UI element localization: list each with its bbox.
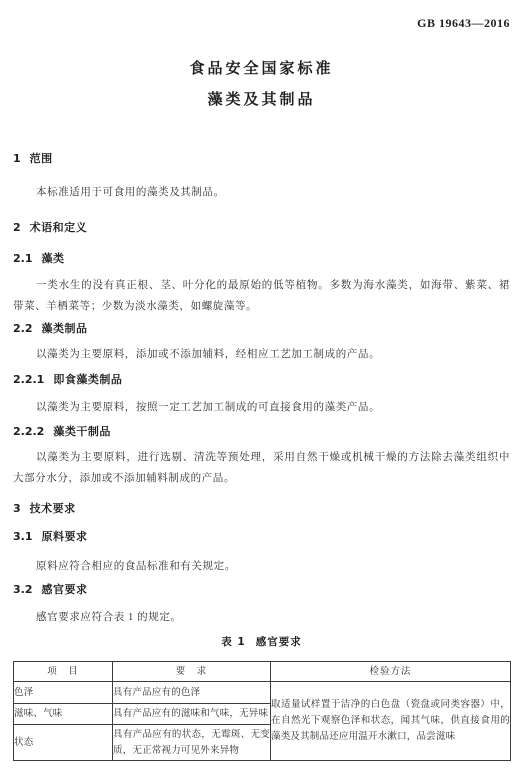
section-2-2-2-paragraph: 以藻类为主要原料，进行选剔、清洗等预处理，采用自然干燥或机械干燥的方法除去藻类组…: [13, 447, 510, 489]
sensory-requirements-table: 项 目 要 求 检验方法 色泽 具有产品应有的色泽 取适量试样置于洁净的白色盘（…: [13, 661, 511, 761]
column-header-method: 检验方法: [271, 662, 511, 682]
section-3-2-paragraph: 感官要求应符合表 1 的规定。: [13, 607, 510, 628]
requirement-cell: 具有产品应有的状态，无霉斑、无变质，无正常视力可见外来异物: [113, 725, 271, 761]
section-number: 2.1: [13, 253, 33, 265]
section-title: 藻类: [42, 252, 65, 265]
section-number: 3.2: [13, 584, 33, 596]
table-row: 色泽 具有产品应有的色泽 取适量试样置于洁净的白色盘（瓷盘或同类容器）中，在自然…: [14, 682, 511, 704]
column-header-item: 项 目: [14, 662, 113, 682]
section-number: 2: [13, 222, 21, 234]
table-caption-title: 感官要求: [256, 636, 302, 648]
column-header-requirement: 要 求: [113, 662, 271, 682]
section-title: 藻类制品: [42, 322, 88, 335]
section-2-2-1-paragraph: 以藻类为主要原料，按照一定工艺加工制成的可直接食用的藻类产品。: [13, 397, 510, 418]
section-title: 技术要求: [30, 502, 76, 515]
section-number: 3.1: [13, 531, 33, 543]
requirement-cell: 具有产品应有的滋味和气味，无异味: [113, 704, 271, 725]
section-title: 原料要求: [42, 530, 88, 543]
section-number: 2.2.1: [13, 374, 44, 386]
section-1-paragraph: 本标准适用于可食用的藻类及其制品。: [13, 182, 510, 203]
document-title-line2: 藻类及其制品: [13, 91, 510, 108]
section-title: 藻类干制品: [53, 425, 111, 438]
section-2-1-paragraph: 一类水生的没有真正根、茎、叶分化的最原始的低等植物。多数为海水藻类，如海带、紫菜…: [13, 275, 510, 317]
section-number: 1: [13, 153, 21, 165]
section-heading-2: 2术语和定义: [13, 222, 510, 234]
section-heading-3-2: 3.2感官要求: [13, 584, 510, 596]
section-heading-3: 3技术要求: [13, 503, 510, 515]
section-heading-3-1: 3.1原料要求: [13, 531, 510, 543]
item-cell: 滋味、气味: [14, 704, 113, 725]
section-heading-2-2: 2.2藻类制品: [13, 323, 510, 335]
section-heading-2-2-2: 2.2.2藻类干制品: [13, 426, 510, 438]
section-2-2-paragraph: 以藻类为主要原料，添加或不添加辅料，经相应工艺加工制成的产品。: [13, 344, 510, 365]
section-title: 范围: [30, 152, 53, 165]
section-heading-1: 1范围: [13, 153, 510, 165]
section-heading-2-2-1: 2.2.1即食藻类制品: [13, 374, 510, 386]
table-header-row: 项 目 要 求 检验方法: [14, 662, 511, 682]
section-number: 3: [13, 503, 21, 515]
document-page: GB 19643—2016 食品安全国家标准 藻类及其制品 1范围 本标准适用于…: [0, 0, 529, 773]
requirement-cell: 具有产品应有的色泽: [113, 682, 271, 704]
section-heading-2-1: 2.1藻类: [13, 253, 510, 265]
section-title: 即食藻类制品: [53, 373, 122, 386]
item-cell: 状态: [14, 725, 113, 761]
section-title: 术语和定义: [30, 221, 88, 234]
standard-code: GB 19643—2016: [13, 16, 510, 30]
section-number: 2.2.2: [13, 426, 44, 438]
item-cell: 色泽: [14, 682, 113, 704]
method-cell: 取适量试样置于洁净的白色盘（瓷盘或同类容器）中，在自然光下观察色泽和状态，闻其气…: [271, 682, 511, 761]
table-1-caption: 表 1感官要求: [13, 636, 510, 648]
document-title-line1: 食品安全国家标准: [13, 60, 510, 77]
table-caption-label: 表 1: [221, 636, 245, 648]
section-3-1-paragraph: 原料应符合相应的食品标准和有关规定。: [13, 556, 510, 577]
section-number: 2.2: [13, 323, 33, 335]
section-title: 感官要求: [42, 583, 88, 596]
